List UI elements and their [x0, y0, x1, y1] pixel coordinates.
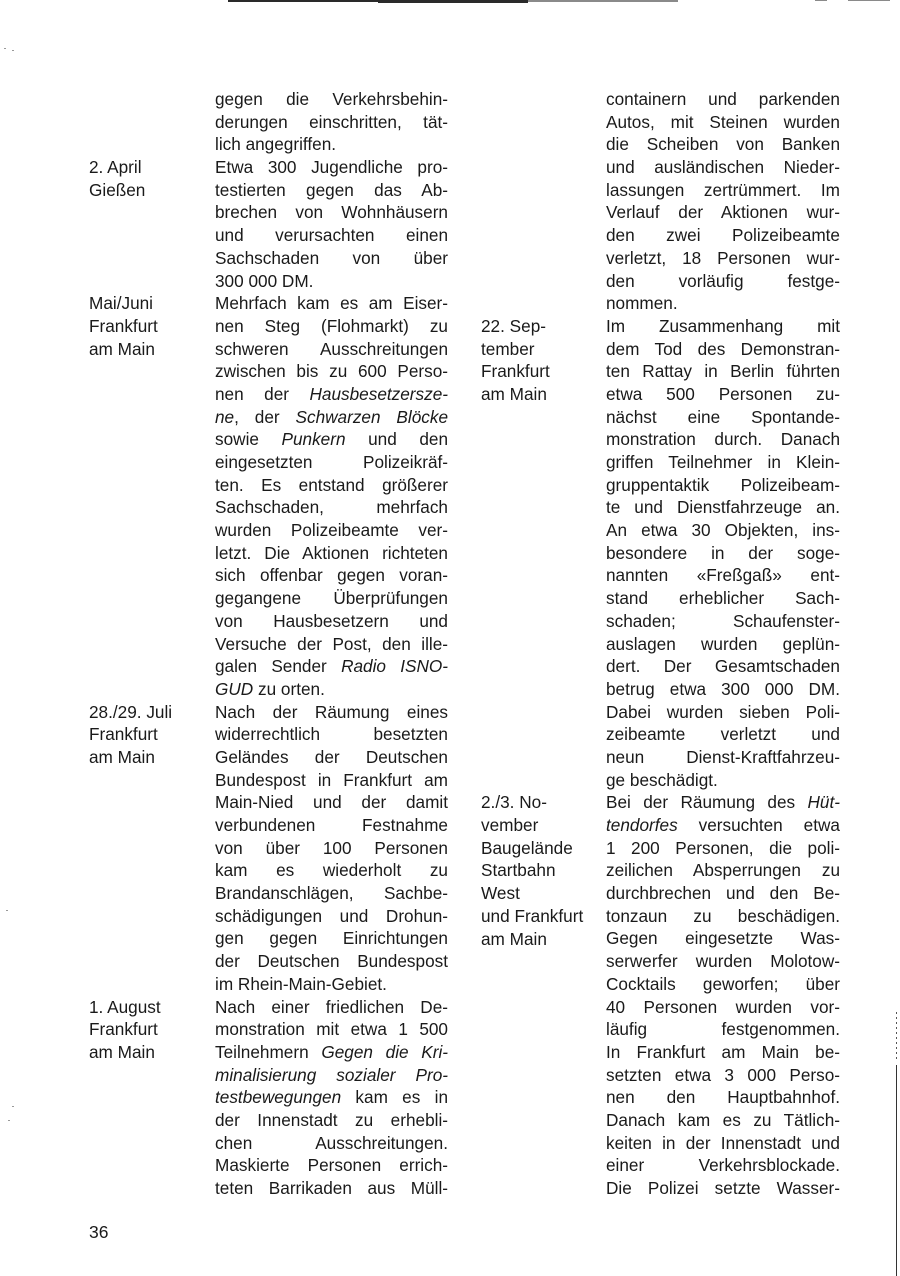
text-line: nen den Hauptbahnhof. [606, 1086, 840, 1109]
chronology-entry: 2./3. No-vemberBaugeländeStartbahnWestun… [481, 791, 840, 1199]
text-line: tonzaun zu beschädigen. [606, 905, 840, 928]
text-line: ne, der Schwarzen Blöcke [215, 406, 448, 429]
label-line: Startbahn [481, 859, 583, 882]
page-number: 36 [89, 1222, 108, 1243]
text-line: wurden Polizeibeamte ver- [215, 519, 448, 542]
scan-speck [12, 50, 14, 51]
text-line: minalisierung sozialer Pro- [215, 1064, 448, 1087]
text-line: Dabei wurden sieben Poli- [606, 701, 840, 724]
text-line: den vorläufig festge- [606, 270, 840, 293]
text-line: eingesetzten Polizeikräf- [215, 451, 448, 474]
text-line: An etwa 30 Objekten, ins- [606, 519, 840, 542]
label-line: am Main [89, 1041, 161, 1064]
top-rule-gray [528, 0, 678, 2]
text-line: chen Ausschreitungen. [215, 1132, 448, 1155]
top-rule-fragment [848, 0, 890, 1]
text-line: Versuche der Post, den ille- [215, 633, 448, 656]
text-line: dem Tod des Demonstran- [606, 338, 840, 361]
text-line: Maskierte Personen errich- [215, 1154, 448, 1177]
text-line: lich angegriffen. [215, 133, 448, 156]
text-line: Im Zusammenhang mit [606, 315, 840, 338]
text-line: widerrechtlich besetzten [215, 723, 448, 746]
text-line: zeilichen Absperrungen zu [606, 859, 840, 882]
chronology-entry: 28./29. JuliFrankfurtam MainNach der Räu… [89, 701, 449, 996]
text-line: Sachschaden, mehrfach [215, 496, 448, 519]
text-line: zwischen bis zu 600 Perso- [215, 360, 448, 383]
text-line: Sachschaden von über [215, 247, 448, 270]
text-line: von über 100 Personen [215, 837, 448, 860]
text-line: und verursachten einen [215, 224, 448, 247]
text-line: Autos, mit Steinen wurden [606, 111, 840, 134]
text-line: Brandanschlägen, Sachbe- [215, 882, 448, 905]
text-line: stand erheblicher Sach- [606, 587, 840, 610]
text-line: griffen Teilnehmer in Klein- [606, 451, 840, 474]
text-line: Verlauf der Aktionen wur- [606, 201, 840, 224]
entry-date-place: 22. Sep-temberFrankfurtam Main [481, 315, 550, 406]
entry-text: Etwa 300 Jugendliche pro-testierten gege… [215, 156, 448, 292]
left-column: gegen die Verkehrsbehin-derungen einschr… [89, 88, 449, 1200]
text-line: gegen die Verkehrsbehin- [215, 88, 448, 111]
text-line: Bei der Räumung des Hüt- [606, 791, 840, 814]
text-line: nannten «Freßgaß» ent- [606, 564, 840, 587]
right-column: containern und parkendenAutos, mit Stein… [481, 88, 840, 1200]
text-line: GUD zu orten. [215, 678, 448, 701]
label-line: 1. August [89, 996, 161, 1019]
chronology-entry: 22. Sep-temberFrankfurtam MainIm Zusamme… [481, 315, 840, 791]
text-line: monstration mit etwa 1 500 [215, 1018, 448, 1041]
text-line: dert. Der Gesamtschaden [606, 655, 840, 678]
text-line: einer Verkehrsblockade. [606, 1154, 840, 1177]
entry-text: Im Zusammenhang mitdem Tod des Demonstra… [606, 315, 840, 791]
text-line: Geländes der Deutschen [215, 746, 448, 769]
text-line: nen der Hausbesetzersze- [215, 383, 448, 406]
text-line: gruppentaktik Polizeibeam- [606, 474, 840, 497]
text-line: ten Rattay in Berlin führten [606, 360, 840, 383]
text-line: Nach der Räumung eines [215, 701, 448, 724]
text-line: ge beschädigt. [606, 769, 840, 792]
label-line: am Main [481, 928, 583, 951]
top-rule-fragment [815, 0, 827, 1]
text-line: lassungen zertrümmert. Im [606, 179, 840, 202]
label-line: am Main [89, 746, 172, 769]
entry-date-place: 2./3. No-vemberBaugeländeStartbahnWestun… [481, 791, 583, 950]
text-line: der Innenstadt zu erhebli- [215, 1109, 448, 1132]
text-line: auslagen wurden geplün- [606, 633, 840, 656]
label-line: 28./29. Juli [89, 701, 172, 724]
text-line: und ausländischen Nieder- [606, 156, 840, 179]
text-line: im Rhein-Main-Gebiet. [215, 973, 448, 996]
text-line: ten. Es entstand größerer [215, 474, 448, 497]
text-line: schaden; Schaufenster- [606, 610, 840, 633]
scan-speck [12, 1106, 14, 1107]
entry-date-place: 1. AugustFrankfurtam Main [89, 996, 161, 1064]
entry-text: containern und parkendenAutos, mit Stein… [606, 88, 840, 315]
text-line: letzt. Die Aktionen richteten [215, 542, 448, 565]
text-line: zeibeamte verletzt und [606, 723, 840, 746]
scan-speck [8, 1120, 10, 1121]
text-line: teten Barrikaden aus Müll- [215, 1177, 448, 1200]
entry-date-place: 2. AprilGießen [89, 156, 145, 201]
right-margin-rule [896, 1065, 897, 1276]
text-line: Teilnehmern Gegen die Kri- [215, 1041, 448, 1064]
label-line: Frankfurt [89, 723, 172, 746]
text-line: nächst eine Spontande- [606, 406, 840, 429]
text-line: tendorfes versuchten etwa [606, 814, 840, 837]
label-line: 2. April [89, 156, 145, 179]
entry-text: Nach der Räumung eineswiderrechtlich bes… [215, 701, 448, 996]
label-line: Frankfurt [481, 360, 550, 383]
text-line: kam es wiederholt zu [215, 859, 448, 882]
text-line: gen gegen Einrichtungen [215, 927, 448, 950]
text-line: 1 200 Personen, die poli- [606, 837, 840, 860]
text-line: Cocktails geworfen; über [606, 973, 840, 996]
scan-speck [6, 910, 8, 911]
chronology-entry: containern und parkendenAutos, mit Stein… [481, 88, 840, 315]
label-line: Frankfurt [89, 1018, 161, 1041]
label-line: tember [481, 338, 550, 361]
text-line: galen Sender Radio ISNO- [215, 655, 448, 678]
label-line: Frankfurt [89, 315, 158, 338]
text-line: schädigungen und Drohun- [215, 905, 448, 928]
text-line: testierten gegen das Ab- [215, 179, 448, 202]
label-line: am Main [89, 338, 158, 361]
text-line: Gegen eingesetzte Was- [606, 927, 840, 950]
label-line: West [481, 882, 583, 905]
text-line: Main-Nied und der damit [215, 791, 448, 814]
text-line: läufig festgenommen. [606, 1018, 840, 1041]
chronology-entry: 2. AprilGießenEtwa 300 Jugendliche pro-t… [89, 156, 449, 292]
label-line: und Frankfurt [481, 905, 583, 928]
text-line: derungen einschritten, tät- [215, 111, 448, 134]
text-line: Mehrfach kam es am Eiser- [215, 292, 448, 315]
top-rule-thick [378, 0, 528, 3]
text-line: brechen von Wohnhäusern [215, 201, 448, 224]
chronology-entry: Mai/JuniFrankfurtam MainMehrfach kam es … [89, 292, 449, 700]
text-line: neun Dienst-Kraftfahrzeu- [606, 746, 840, 769]
entry-text: Bei der Räumung des Hüt-tendorfes versuc… [606, 791, 840, 1199]
text-line: gegangene Überprüfungen [215, 587, 448, 610]
text-line: testbewegungen kam es in [215, 1086, 448, 1109]
scan-speck [4, 48, 6, 49]
text-line: nen Steg (Flohmarkt) zu [215, 315, 448, 338]
text-line: etwa 500 Personen zu- [606, 383, 840, 406]
text-line: betrug etwa 300 000 DM. [606, 678, 840, 701]
label-line: 22. Sep- [481, 315, 550, 338]
label-line: 2./3. No- [481, 791, 583, 814]
label-line: am Main [481, 383, 550, 406]
entry-date-place: 28./29. JuliFrankfurtam Main [89, 701, 172, 769]
text-line: keiten in der Innenstadt und [606, 1132, 840, 1155]
text-line: den zwei Polizeibeamte [606, 224, 840, 247]
text-line: besondere in der soge- [606, 542, 840, 565]
text-line: Danach kam es zu Tätlich- [606, 1109, 840, 1132]
text-line: te und Dienstfahrzeuge an. [606, 496, 840, 519]
label-line: Mai/Juni [89, 292, 158, 315]
text-line: nommen. [606, 292, 840, 315]
label-line: vember [481, 814, 583, 837]
text-line: Bundespost in Frankfurt am [215, 769, 448, 792]
entry-text: Nach einer friedlichen De-monstration mi… [215, 996, 448, 1200]
text-line: monstration durch. Danach [606, 428, 840, 451]
text-line: von Hausbesetzern und [215, 610, 448, 633]
text-line: Die Polizei setzte Wasser- [606, 1177, 840, 1200]
entry-text: gegen die Verkehrsbehin-derungen einschr… [215, 88, 448, 156]
chronology-entry: gegen die Verkehrsbehin-derungen einschr… [89, 88, 449, 156]
text-line: die Scheiben von Banken [606, 133, 840, 156]
label-line: Gießen [89, 179, 145, 202]
text-line: 40 Personen wurden vor- [606, 996, 840, 1019]
text-line: serwerfer wurden Molotow- [606, 950, 840, 973]
text-line: verbundenen Festnahme [215, 814, 448, 837]
entry-text: Mehrfach kam es am Eiser-nen Steg (Flohm… [215, 292, 448, 700]
text-line: In Frankfurt am Main be- [606, 1041, 840, 1064]
text-line: sich offenbar gegen voran- [215, 564, 448, 587]
text-line: der Deutschen Bundespost [215, 950, 448, 973]
text-line: schweren Ausschreitungen [215, 338, 448, 361]
text-line: Etwa 300 Jugendliche pro- [215, 156, 448, 179]
text-line: durchbrechen und den Be- [606, 882, 840, 905]
label-line: Baugelände [481, 837, 583, 860]
chronology-entry: 1. AugustFrankfurtam MainNach einer frie… [89, 996, 449, 1200]
right-margin-rule-dotted [896, 1012, 897, 1062]
text-line: Nach einer friedlichen De- [215, 996, 448, 1019]
text-line: containern und parkenden [606, 88, 840, 111]
text-line: verletzt, 18 Personen wur- [606, 247, 840, 270]
entry-date-place: Mai/JuniFrankfurtam Main [89, 292, 158, 360]
text-line: sowie Punkern und den [215, 428, 448, 451]
text-line: setzten etwa 3 000 Perso- [606, 1064, 840, 1087]
text-line: 300 000 DM. [215, 270, 448, 293]
